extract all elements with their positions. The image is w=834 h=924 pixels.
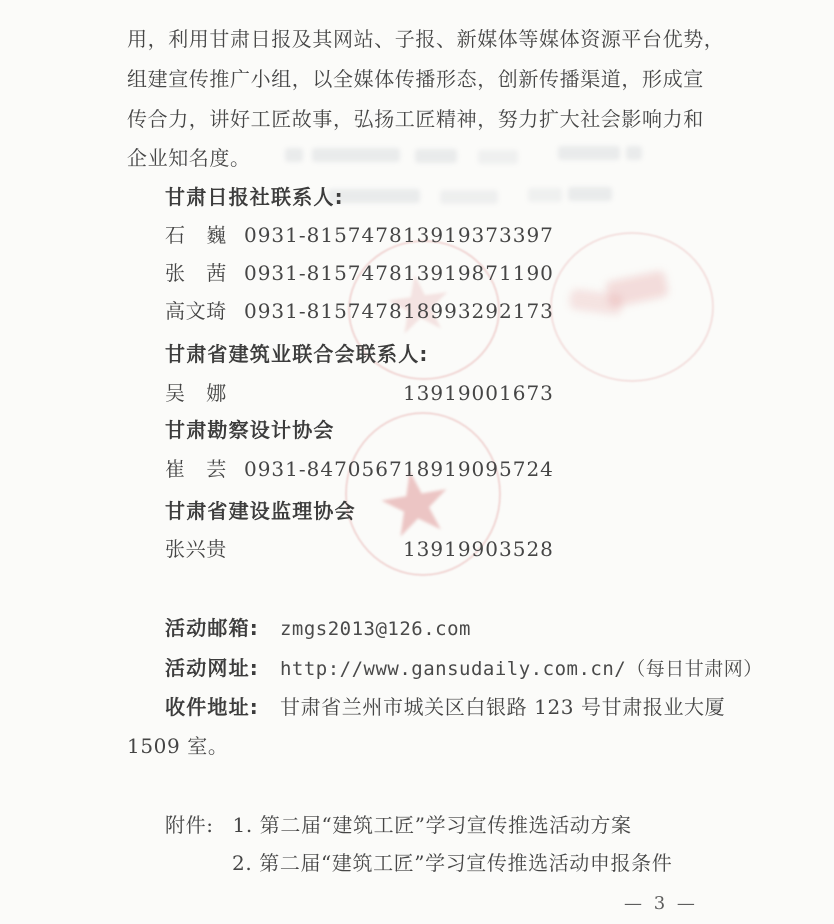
- attachments-label: 附件:: [165, 813, 214, 837]
- contact-mobile-phone: 18919095724: [403, 457, 554, 481]
- email-line: 活动邮箱: zmgs2013@126.com: [165, 616, 471, 641]
- contact-row: 崔 芸 0931-8470567 18919095724: [165, 457, 554, 481]
- bleed-through-smudge: [440, 190, 498, 204]
- email-label: 活动邮箱:: [165, 616, 259, 640]
- contact-row: 高文琦 0931-8157478 18993292173: [165, 299, 554, 323]
- section-heading-construction-federation: 甘肃省建筑业联合会联系人:: [165, 342, 429, 366]
- contact-name: 高文琦: [165, 299, 237, 323]
- section-heading-supervision-association: 甘肃省建设监理协会: [165, 499, 356, 523]
- official-seal-icon: [550, 232, 714, 382]
- contact-office-phone: 0931-8157478: [244, 223, 396, 247]
- bleed-through-smudge: [312, 148, 400, 162]
- section-heading-gansu-daily: 甘肃日报社联系人:: [165, 185, 344, 209]
- contact-row: 吴 娜 13919001673: [165, 381, 554, 405]
- page-number: — 3 —: [624, 893, 698, 914]
- contact-name: 张 茜: [165, 261, 237, 285]
- seal-mark: [569, 288, 623, 315]
- bleed-through-smudge: [478, 150, 518, 164]
- attachments-line-2: 2. 第二届“建筑工匠”学习宣传推选活动申报条件: [232, 851, 672, 875]
- attachments-line-1: 附件: 1. 第二届“建筑工匠”学习宣传推选活动方案: [165, 813, 632, 837]
- bleed-through-smudge: [285, 148, 303, 162]
- bleed-through-smudge: [528, 188, 562, 202]
- attachment-item-1: 1. 第二届“建筑工匠”学习宣传推选活动方案: [233, 813, 632, 837]
- website-line: 活动网址: http://www.gansudaily.com.cn/（每日甘肃…: [165, 656, 763, 681]
- paragraph-line: 企业知名度。: [127, 146, 251, 170]
- paragraph-line: 传合力，讲好工匠故事，弘扬工匠精神，努力扩大社会影响力和: [127, 107, 704, 131]
- contact-office-phone: 0931-8157478: [244, 299, 396, 323]
- contact-name: 张兴贵: [165, 537, 237, 561]
- paragraph-line: 用，利用甘肃日报及其网站、子报、新媒体等媒体资源平台优势，: [127, 27, 724, 51]
- contact-row: 张兴贵 13919903528: [165, 537, 554, 561]
- contact-name: 吴 娜: [165, 381, 237, 405]
- bleed-through-smudge: [626, 146, 642, 160]
- scanned-document-page: ★ ★ 用，利用甘肃日报及其网站、子报、新媒体等媒体资源平台优势， 组建宣传推广…: [0, 0, 834, 924]
- contact-name: 石 巍: [165, 223, 237, 247]
- address-value: 甘肃省兰州市城关区白银路 123 号甘肃报业大厦: [280, 695, 725, 719]
- contact-row: 张 茜 0931-8157478 13919871190: [165, 261, 554, 285]
- paragraph-line: 组建宣传推广小组，以全媒体传播形态，创新传播渠道，形成宣: [127, 67, 704, 91]
- contact-row: 石 巍 0931-8157478 13919373397: [165, 223, 554, 247]
- bleed-through-smudge: [568, 187, 612, 201]
- contact-mobile-phone: 18993292173: [403, 299, 554, 323]
- mailing-address-line: 收件地址: 甘肃省兰州市城关区白银路 123 号甘肃报业大厦: [165, 695, 725, 719]
- contact-name: 崔 芸: [165, 457, 237, 481]
- contact-office-phone: 0931-8157478: [244, 261, 396, 285]
- section-heading-survey-design-association: 甘肃勘察设计协会: [165, 418, 335, 442]
- bleed-through-smudge: [558, 146, 620, 160]
- contact-office-phone: 0931-8470567: [244, 457, 396, 481]
- website-label: 活动网址:: [165, 656, 259, 680]
- address-label: 收件地址:: [165, 695, 259, 719]
- contact-mobile-phone: 13919001673: [403, 381, 554, 405]
- contact-mobile-phone: 13919903528: [403, 537, 554, 561]
- email-value: zmgs2013@126.com: [280, 618, 471, 640]
- contact-mobile-phone: 13919871190: [403, 261, 554, 285]
- attachment-item-2: 2. 第二届“建筑工匠”学习宣传推选活动申报条件: [232, 851, 672, 875]
- bleed-through-smudge: [415, 149, 457, 163]
- seal-mark: [605, 270, 669, 308]
- address-line-2: 1509 室。: [127, 734, 228, 758]
- website-url: http://www.gansudaily.com.cn/（每日甘肃网）: [280, 658, 763, 680]
- contact-mobile-phone: 13919373397: [403, 223, 554, 247]
